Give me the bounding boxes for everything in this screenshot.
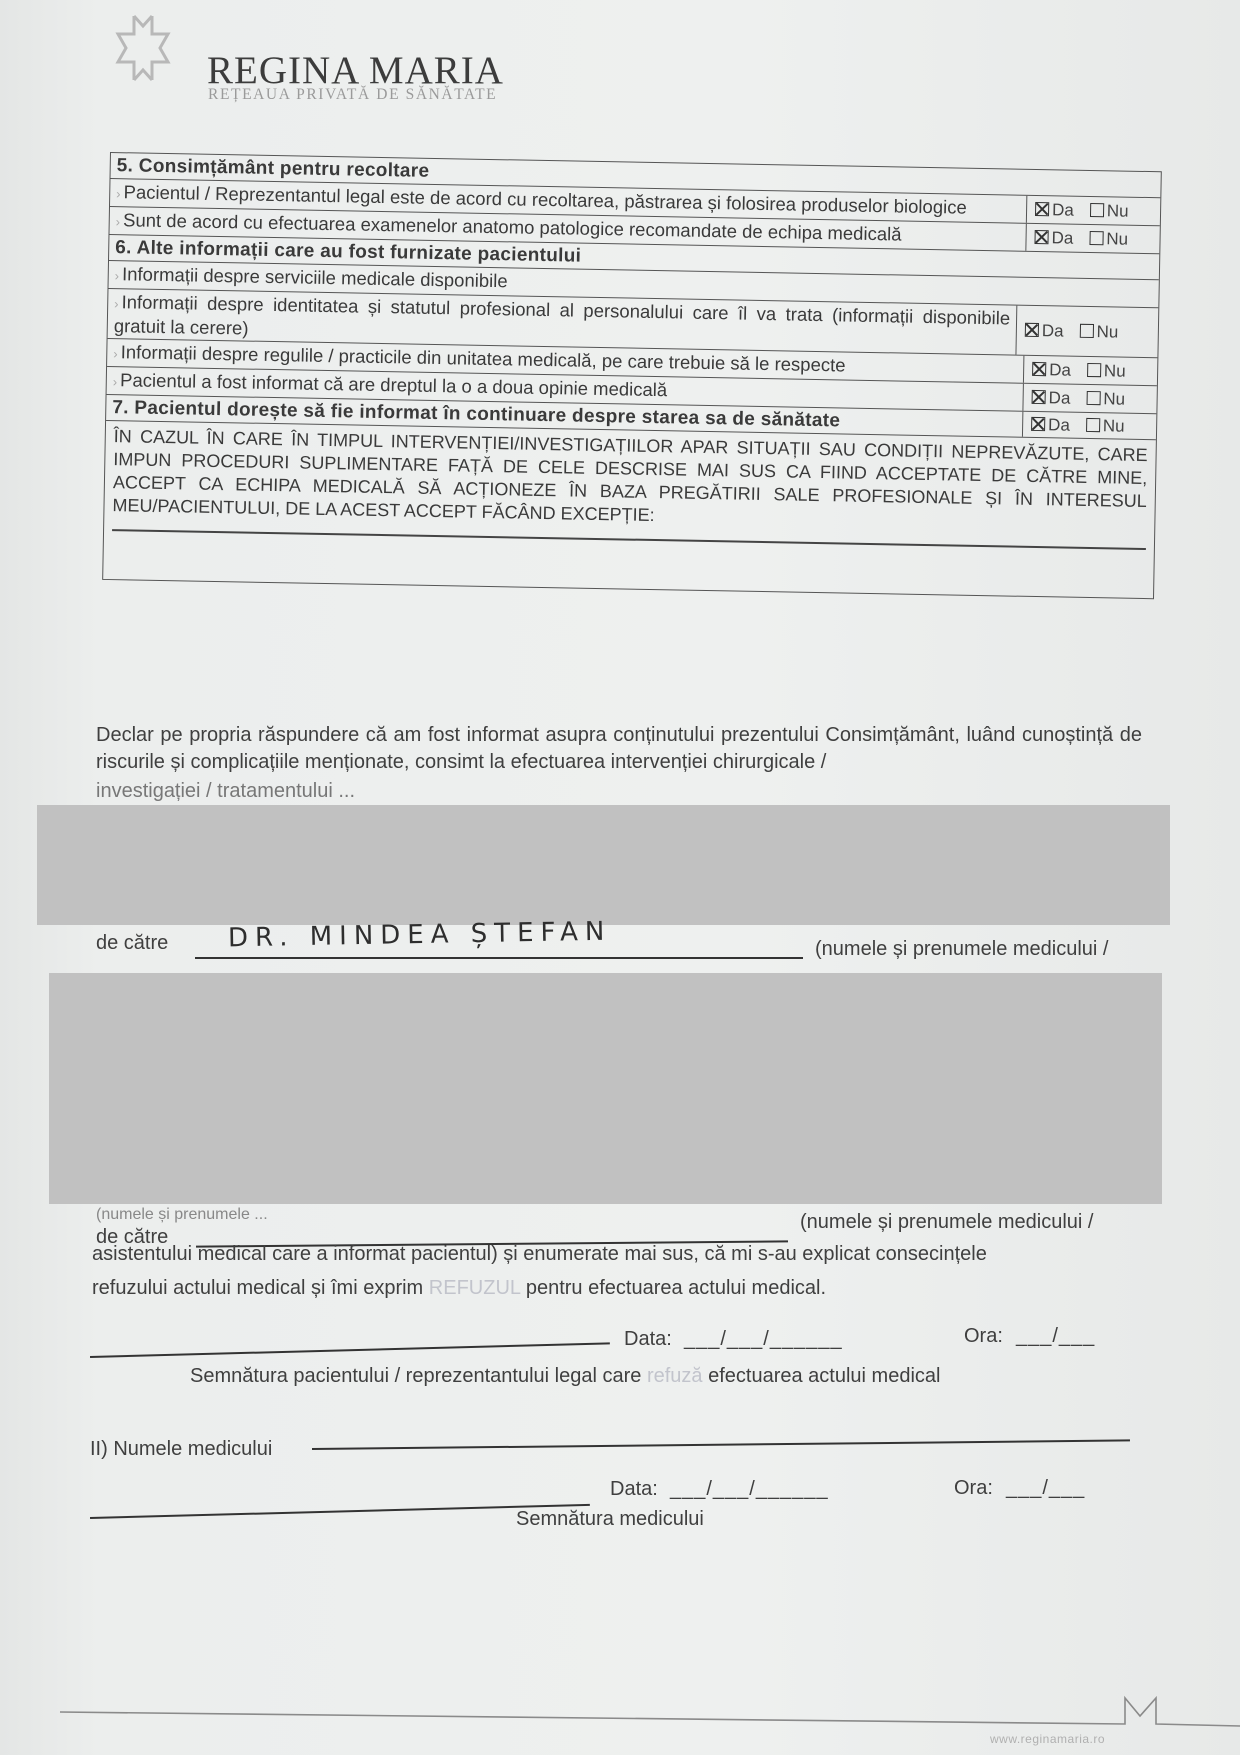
nu-checkbox[interactable]: Nu (1086, 415, 1125, 436)
patient-signature-line[interactable] (90, 1342, 610, 1357)
doctor-caption: (numele și prenumele medicului / (815, 938, 1108, 961)
da-checkbox[interactable]: Da (1031, 414, 1070, 435)
refusal-line-2: asistentului medical care a informat pac… (92, 1243, 987, 1266)
declaration-partial-line: investigației / tratamentului ... (96, 780, 355, 803)
da-checkbox[interactable]: Da (1025, 320, 1064, 341)
doctor-name-handwritten[interactable]: DR. MINDEA ȘTEFAN (228, 917, 612, 954)
doctor-date-label: Data: (610, 1478, 658, 1501)
exception-row: ÎN CAZUL ÎN CARE ÎN TIMPUL INTERVENȚIEI/… (103, 421, 1156, 598)
doctor-signature-line[interactable] (90, 1504, 590, 1519)
patient-time-field[interactable]: ___/___ (1016, 1325, 1095, 1348)
doctor-name-label: II) Numele medicului (90, 1438, 272, 1461)
patient-date-field[interactable]: ___/___/______ (684, 1328, 843, 1351)
nu-checkbox[interactable]: Nu (1086, 388, 1125, 409)
declaration-text: Declar pe propria răspundere că am fost … (96, 722, 1142, 776)
nu-checkbox[interactable]: Nu (1087, 360, 1126, 381)
doctor-date-field[interactable]: ___/___/______ (670, 1478, 829, 1501)
exception-clause: ÎN CAZUL ÎN CARE ÎN TIMPUL INTERVENȚIEI/… (104, 421, 1156, 540)
nu-checkbox[interactable]: Nu (1090, 200, 1129, 221)
footer-url: www.reginamaria.ro (990, 1732, 1105, 1746)
empty-box-icon (1090, 202, 1104, 216)
empty-box-icon (1086, 417, 1100, 431)
da-checkbox[interactable]: Da (1035, 199, 1074, 220)
checked-box-icon (1032, 361, 1046, 375)
redaction-block (37, 805, 1170, 925)
empty-box-icon (1086, 390, 1100, 404)
checked-box-icon (1035, 201, 1049, 215)
da-checkbox[interactable]: Da (1031, 387, 1070, 408)
da-checkbox[interactable]: Da (1034, 227, 1073, 248)
consent-table: 5. Consimțământ pentru recoltare ›Pacien… (102, 152, 1162, 599)
doctor-signature-caption: Semnătura medicului (516, 1508, 704, 1531)
doctor-name-line (195, 957, 803, 959)
nu-checkbox[interactable]: Nu (1079, 321, 1118, 342)
refuza-keyword: refuză (647, 1365, 703, 1387)
de-catre-label: de către (96, 932, 168, 955)
empty-box-icon (1087, 362, 1101, 376)
regina-maria-star-icon (112, 12, 174, 84)
da-checkbox[interactable]: Da (1032, 359, 1071, 380)
patient-date-label: Data: (624, 1328, 672, 1351)
doctor-time-field[interactable]: ___/___ (1006, 1477, 1085, 1500)
checked-box-icon (1025, 322, 1039, 336)
redaction-block (49, 973, 1162, 1204)
checked-box-icon (1031, 416, 1045, 430)
checked-box-icon (1034, 229, 1048, 243)
exception-value[interactable] (103, 530, 1154, 597)
brand-tagline: REȚEAUA PRIVATĂ DE SĂNĂTATE (208, 86, 497, 104)
doctor-time-label: Ora: (954, 1477, 993, 1500)
doctor-name-input-line[interactable] (312, 1439, 1130, 1449)
empty-box-icon (1080, 323, 1094, 337)
empty-box-icon (1089, 230, 1103, 244)
nu-checkbox[interactable]: Nu (1089, 228, 1128, 249)
refusal-doctor-caption: (numele și prenumele medicului / (800, 1211, 1093, 1234)
document-page: REGINA MARIA REȚEAUA PRIVATĂ DE SĂNĂTATE… (0, 0, 1240, 1755)
refusal-line-3: refuzului actului medical și îmi exprim … (92, 1277, 826, 1300)
checked-box-icon (1032, 389, 1046, 403)
patient-signature-caption: Semnătura pacientului / reprezentantului… (190, 1365, 940, 1388)
refuzul-keyword: REFUZUL (429, 1277, 520, 1299)
refusal-partial-line: (numele și prenumele ... (96, 1206, 268, 1224)
patient-time-label: Ora: (964, 1325, 1003, 1348)
